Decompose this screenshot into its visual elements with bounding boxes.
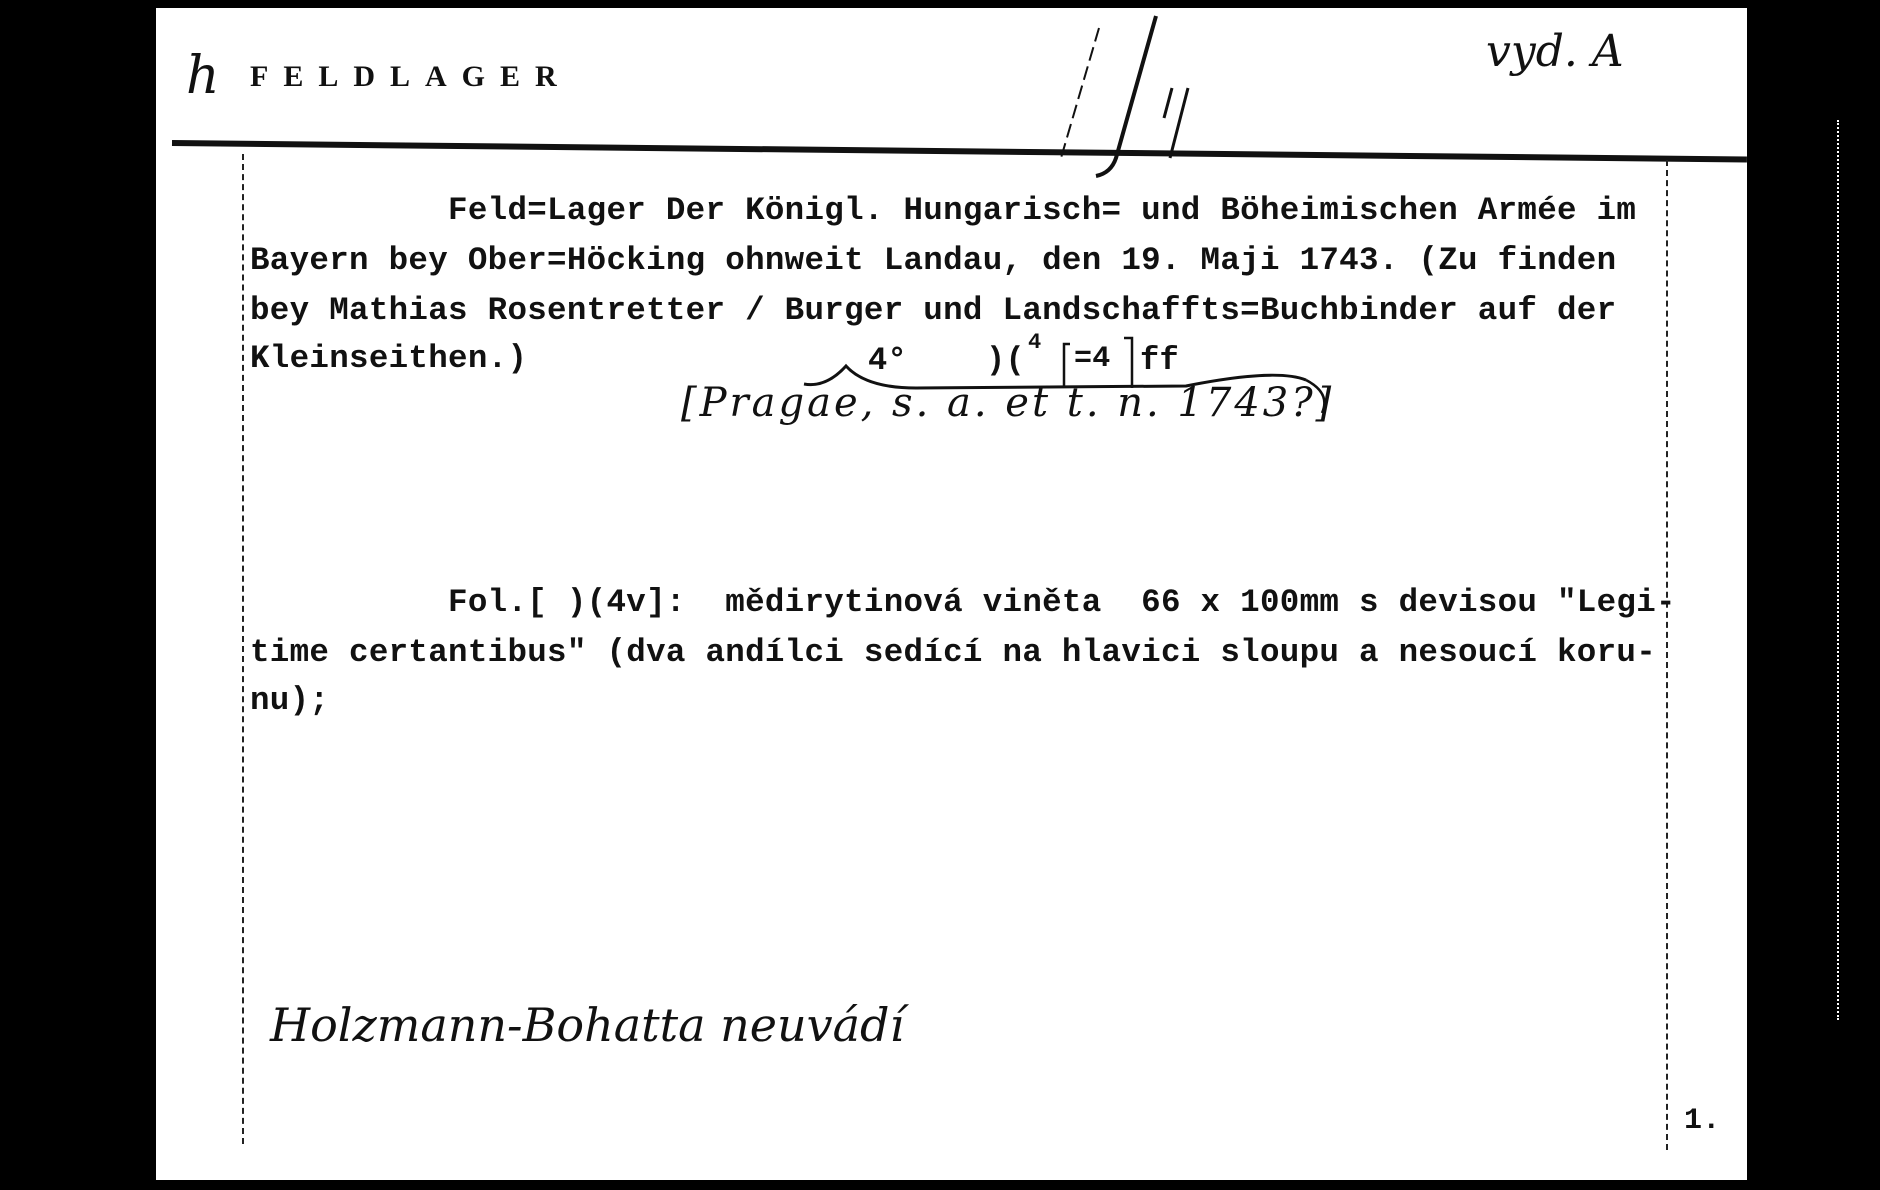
handwritten-marks [156,8,1747,1180]
scan-edge-marks [1837,120,1839,1020]
catalog-card: h FELDLAGER vyd. A Feld=Lager Der Königl… [156,8,1747,1180]
